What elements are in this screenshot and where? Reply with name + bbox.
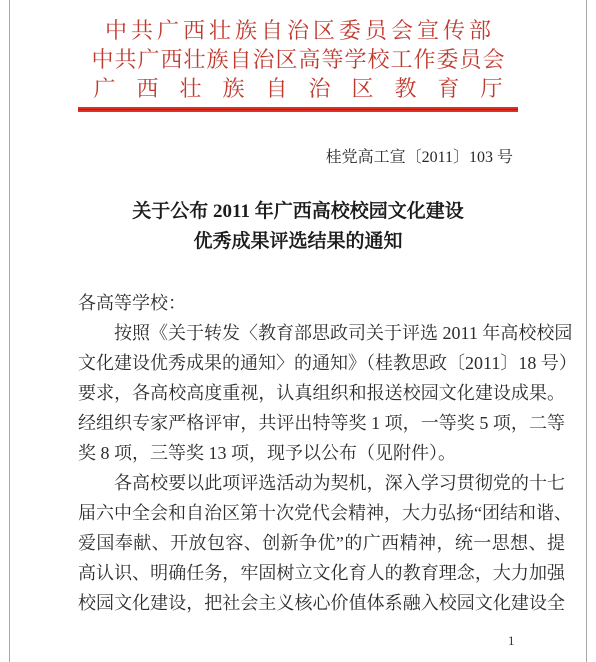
document-title: 关于公布 2011 年广西高校校园文化建设 优秀成果评选结果的通知 [0, 197, 596, 257]
document-page: 中共广西壮族自治区委员会宣传部 中共广西壮族自治区高等学校工作委员会 广西壮族自… [0, 0, 596, 662]
body-line: 经组织专家严格评审，共评出特等奖 1 项，一等奖 5 项，二等 [78, 408, 565, 438]
title-line-2: 优秀成果评选结果的通知 [0, 227, 596, 257]
body-line: 各高校要以此项评选活动为契机，深入学习贯彻党的十七 [78, 468, 565, 498]
salutation: 各高等学校： [78, 288, 565, 318]
issuer-line-3: 广西壮族自治区教育厅 [0, 74, 596, 103]
body-line: 届六中全会和自治区第十次党代会精神，大力弘扬“团结和谐、 [78, 498, 565, 528]
issuer-line-2: 中共广西壮族自治区高等学校工作委员会 [0, 45, 596, 74]
body-line: 校园文化建设，把社会主义核心价值体系融入校园文化建设全 [78, 588, 565, 618]
red-separator-rule [78, 107, 518, 112]
body-line: 奖 8 项，三等奖 13 项，现予以公布（见附件）。 [78, 438, 565, 468]
letterhead: 中共广西壮族自治区委员会宣传部 中共广西壮族自治区高等学校工作委员会 广西壮族自… [0, 16, 596, 103]
body-line: 按照《关于转发〈教育部思政司关于评选 2011 年高校校园 [78, 318, 565, 348]
body-line: 高认识、明确任务，牢固树立文化育人的教育理念，大力加强 [78, 558, 565, 588]
issuer-line-1: 中共广西壮族自治区委员会宣传部 [0, 16, 596, 45]
title-line-1: 关于公布 2011 年广西高校校园文化建设 [0, 197, 596, 227]
document-number: 桂党高工宣〔2011〕103 号 [326, 144, 513, 167]
body-text: 各高等学校： 按照《关于转发〈教育部思政司关于评选 2011 年高校校园 文化建… [78, 288, 565, 618]
body-line: 爱国奉献、开放包容、创新争优”的广西精神，统一思想、提 [78, 528, 565, 558]
body-line: 要求，各高校高度重视，认真组织和报送校园文化建设成果。 [78, 378, 565, 408]
page-number: 1 [508, 633, 515, 649]
body-line: 文化建设优秀成果的通知〉的通知》（桂教思政〔2011〕18 号） [78, 348, 565, 378]
